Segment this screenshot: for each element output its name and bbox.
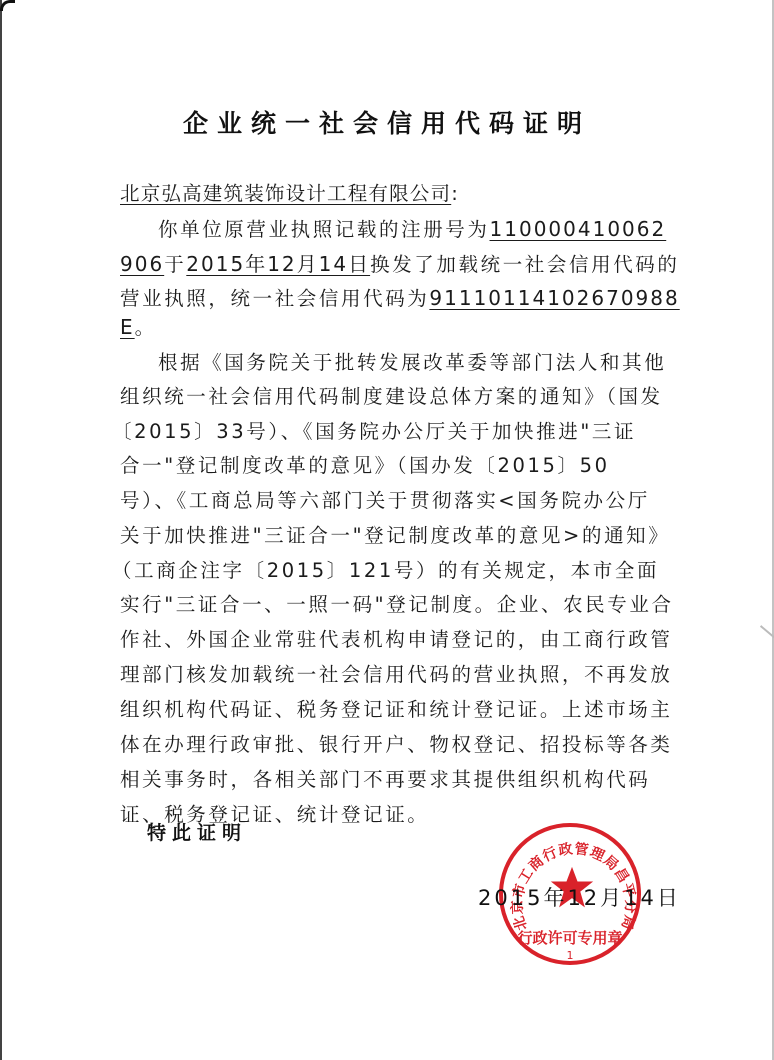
document-date: 2015年12月14日 bbox=[478, 882, 681, 912]
para1-line4: E。 bbox=[120, 312, 157, 340]
para2-line: 组织机构代码证、税务登记证和统计登记证。上述市场主 bbox=[120, 694, 673, 722]
recipient-name: 北京弘高建筑装饰设计工程有限公司 bbox=[120, 182, 451, 205]
para2-line: 体在办理行政审批、银行开户、物权登记、招投标等各类 bbox=[120, 729, 673, 757]
para2-line: 关于加快推进"三证合一"登记制度改革的意见>的通知》 bbox=[120, 520, 670, 548]
para2-line: 〔2015〕33号）、《国务院办公厅关于加快推进"三证 bbox=[112, 416, 636, 444]
para1-text: 。 bbox=[135, 316, 157, 339]
document-title: 企业统一社会信用代码证明 bbox=[0, 104, 774, 140]
para1-line2: 906于2015年12月14日换发了加载统一社会信用代码的 bbox=[120, 248, 680, 277]
document-page: 企业统一社会信用代码证明 北京弘高建筑装饰设计工程有限公司: 你单位原营业执照记… bbox=[0, 0, 774, 1060]
para1-text: 营业执照，统一社会信用代码为 bbox=[120, 287, 429, 310]
para2-line: 组织统一社会信用代码制度建设总体方案的通知》（国发 bbox=[120, 381, 663, 409]
para2-line: 号）、《工商总局等六部门关于贯彻落实<国务院办公厅 bbox=[120, 485, 650, 513]
issue-date: 2015年12月14日 bbox=[186, 252, 370, 276]
para1-text: 换发了加载统一社会信用代码的 bbox=[370, 253, 679, 276]
para2-line: 合一"登记制度改革的意见》（国办发〔2015〕50 bbox=[120, 450, 610, 478]
scan-edge-left bbox=[0, 0, 2, 1060]
registration-number-part1: 110000410062 bbox=[490, 217, 667, 241]
credit-code-part2: E bbox=[120, 315, 135, 339]
para1-line3: 营业执照，统一社会信用代码为91110114102670988 bbox=[120, 283, 680, 311]
recipient-line: 北京弘高建筑装饰设计工程有限公司: bbox=[120, 178, 459, 206]
para1-text: 于 bbox=[164, 253, 186, 276]
para1-text: 你单位原营业执照记载的注册号为 bbox=[158, 218, 490, 241]
para2-line: 理部门核发加载统一社会信用代码的营业执照，不再发放 bbox=[120, 659, 673, 687]
scan-corner-mark bbox=[0, 0, 15, 11]
para2-line: 实行"三证合一、一照一码"登记制度。企业、农民专业合 bbox=[120, 589, 674, 617]
closing-statement: 特此证明 bbox=[147, 818, 247, 845]
para2-line: 相关事务时，各相关部门不再要求其提供组织机构代码 bbox=[120, 764, 650, 792]
credit-code-part1: 91110114102670988 bbox=[429, 286, 679, 310]
recipient-colon: : bbox=[451, 182, 459, 205]
para1-line1: 你单位原营业执照记载的注册号为110000410062 bbox=[158, 214, 666, 242]
seal-center-text: 行政许可专用章 bbox=[503, 927, 637, 948]
registration-number-part2: 906 bbox=[120, 252, 164, 276]
para2-line: （工商企注字〔2015〕121号）的有关规定，本市全面 bbox=[112, 555, 659, 583]
seal-serial: 1 bbox=[503, 949, 637, 962]
para2-line: 作社、外国企业常驻代表机构申请登记的，由工商行政管 bbox=[120, 624, 673, 652]
para2-line: 根据《国务院关于批转发展改革委等部门法人和其他 bbox=[158, 347, 666, 375]
